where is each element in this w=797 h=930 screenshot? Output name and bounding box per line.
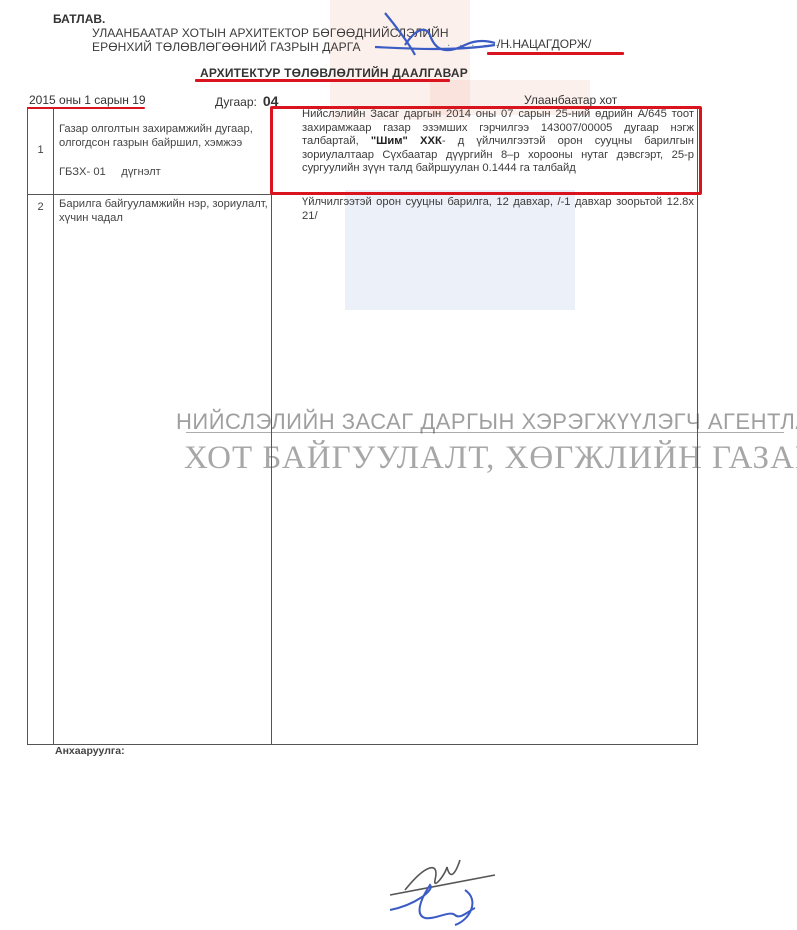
author-signature bbox=[375, 880, 495, 930]
row-number: 1 bbox=[28, 144, 53, 156]
table-row: 2Барилга байгууламжийн нэр, зориулалт, х… bbox=[28, 194, 364, 221]
approver-name: /Н.НАЦАГДОРЖ/ bbox=[497, 37, 591, 51]
document-date: 2015 оны 1 сарын 19 bbox=[29, 93, 146, 107]
row-label: Барилга байгууламжийн нэр, зориулалт, хү… bbox=[59, 197, 289, 225]
red-underline bbox=[487, 52, 624, 55]
watermark-rule bbox=[186, 432, 784, 433]
row-value: Үйлчилгээтэй орон сууцны барилга, 12 дав… bbox=[302, 196, 694, 223]
red-underline bbox=[195, 79, 450, 82]
document-title: АРХИТЕКТУР ТӨЛӨВЛӨЛТИЙН ДААЛГАВАР bbox=[200, 66, 468, 80]
row-label: Газар олголтын захирамжийн дугаар, олгог… bbox=[59, 122, 289, 150]
row-number: 2 bbox=[28, 201, 53, 213]
highlight-box bbox=[270, 106, 702, 195]
approver-title-line2: ЕРӨНХИЙ ТӨЛӨВЛӨГӨӨНИЙ ГАЗРЫН ДАРГА bbox=[92, 40, 361, 54]
director-signature bbox=[355, 5, 505, 65]
city-label: Улаанбаатар хот bbox=[524, 93, 617, 107]
notes-title: Анхааруулга: bbox=[55, 745, 125, 757]
row-sublabel: ГБЗХ- 01 дүгнэлт bbox=[59, 165, 289, 179]
approve-label: БАТЛАВ. bbox=[53, 12, 105, 26]
watermark-department: ХОТ БАЙГУУЛАЛТ, ХӨГЖЛИЙН ГАЗАР bbox=[184, 440, 797, 477]
